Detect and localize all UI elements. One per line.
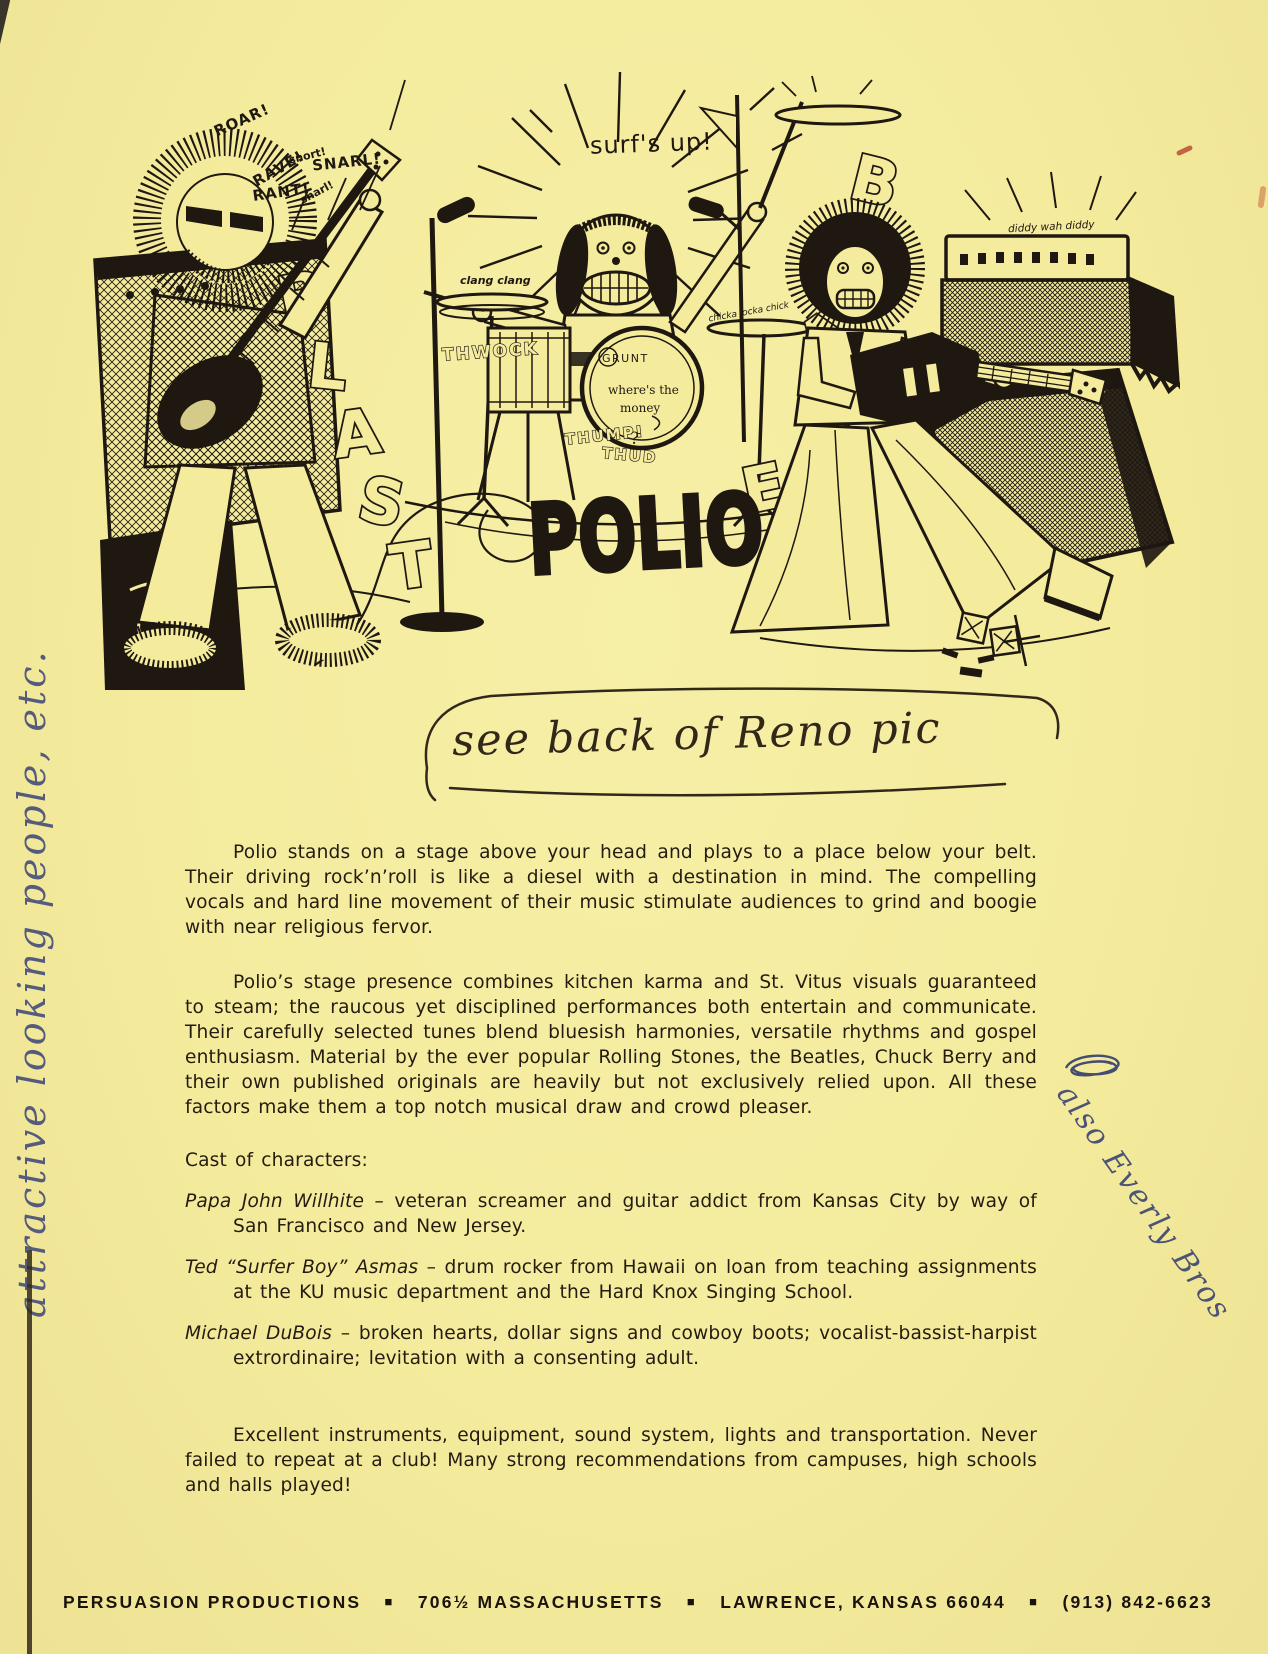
blast-letter: T (385, 527, 437, 605)
cast-of-characters-label: Cast of characters: (185, 1148, 1037, 1173)
street-address: 706½ MASSACHUSETTS (418, 1592, 664, 1613)
sfx-wheres-the: where's the (608, 383, 679, 397)
cast-entry-ted-asmas: Ted “Surfer Boy” Asmas – drum rocker fro… (185, 1255, 1037, 1305)
sfx-grunt: GRUNT (602, 352, 649, 365)
cast-entry-michael-dubois: Michael DuBois – broken hearts, dollar s… (185, 1321, 1037, 1371)
company-name: PERSUASION PRODUCTIONS (63, 1592, 361, 1613)
scan-corner-artifact (0, 0, 12, 52)
sfx-clang: clang clang (460, 274, 531, 287)
separator-square-icon: ■ (687, 1594, 697, 1609)
cast-member-name: Ted “Surfer Boy” Asmas (185, 1257, 418, 1278)
paragraph-stage-presence: Polio’s stage presence combines kitchen … (185, 970, 1037, 1120)
phone-number: (913) 842-6623 (1062, 1592, 1212, 1613)
red-grease-mark (1257, 186, 1266, 209)
crash-cymbal (776, 106, 900, 124)
paragraph-closing: Excellent instruments, equipment, sound … (185, 1423, 1037, 1498)
cast-member-desc: – broken hearts, dollar signs and cowboy… (233, 1323, 1037, 1369)
separator-square-icon: ■ (385, 1594, 395, 1609)
city-state-zip: LAWRENCE, KANSAS 66044 (720, 1592, 1006, 1613)
fur-boot (282, 620, 374, 660)
microphone (687, 195, 726, 220)
footer-contact-line: PERSUASION PRODUCTIONS ■ 706½ MASSACHUSE… (63, 1592, 1213, 1613)
microphone (434, 194, 477, 225)
dice-and-butts (941, 613, 1040, 678)
ink-scribble (1058, 1046, 1128, 1086)
sfx-roar: ROAR! (211, 100, 272, 140)
sfx-thud: THUD (601, 444, 658, 467)
mic-stand-center (737, 95, 744, 442)
body-copy: Polio stands on a stage above your head … (185, 840, 1037, 1498)
sfx-surfs-up: surf's up! (589, 127, 713, 159)
separator-square-icon: ■ (1029, 1594, 1039, 1609)
blast-letter: A (327, 394, 385, 473)
right-margin-handwritten-note: also Everly Bros (1049, 1078, 1268, 1377)
sfx-money: money (620, 401, 660, 415)
fur-boot (124, 628, 216, 668)
blast-letter: L (304, 328, 351, 405)
left-margin-handwritten-note: attractive looking people, etc. (10, 456, 120, 1318)
band-title: POLIO (525, 473, 766, 597)
cast-member-name: Michael DuBois (185, 1323, 332, 1344)
cast-entry-papa-john: Papa John Willhite – veteran screamer an… (185, 1189, 1037, 1239)
cast-member-name: Papa John Willhite (185, 1191, 364, 1212)
scan-edge-shadow (27, 1250, 32, 1654)
sfx-diddy: diddy wah diddy (1008, 219, 1096, 236)
flyer-page: B L A S T ROAR! (0, 0, 1268, 1654)
paragraph-intro: Polio stands on a stage above your head … (185, 840, 1037, 940)
band-cartoon-illustration: B L A S T ROAR! (60, 70, 1180, 690)
